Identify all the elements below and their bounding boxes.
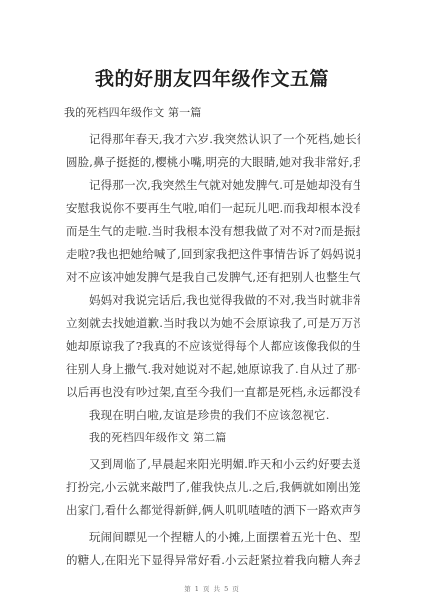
paragraph-line: 她却原谅我了?我真的不应该觉得每个人都应该像我似的生气了还要 <box>66 339 360 353</box>
paragraph-line: 玩闹间瞟见一个捏糖人的小摊,上面摆着五光十色、型态各异 <box>89 530 360 544</box>
section-heading-1: 我的死档四年级作文 第一篇 <box>64 106 358 120</box>
paragraph-line: 记得那一次,我突然生气就对她发脾气.可是她却没有生气,而是 <box>89 178 360 192</box>
paragraph-line: 的糖人,在阳光下显得异常好看.小云赶紧拉着我向糖人奔去,到了跟 <box>66 553 360 567</box>
paragraph-line: 打扮完,小云就来敲門了,催我快点儿.之后,我俩就如刚出笼的小鸟,飞 <box>66 480 360 494</box>
paragraph-line: 记得那年春天,我才六岁.我突然认识了一个死档,她长得很好看 <box>89 132 360 146</box>
paragraph-line: 妈妈对我说完话后,我也觉得我做的不对,我当时就非常后悔.我 <box>89 293 360 307</box>
paragraph-line: 又到周临了,早晨起来阳光明媚.昨天和小云约好要去逛街,刚 <box>89 457 360 471</box>
paragraph-line: 立刻就去找她道歉.当时我以为她不会原谅我了,可是万万没想到的是 <box>66 316 360 330</box>
paragraph-line: 圆脸,鼻子挺挺的,樱桃小嘴,明亮的大眼睛,她对我非常好,我很喜欢她. <box>66 155 360 169</box>
paragraph-line: 出家门,看什么都觉得新鲜,俩人叽叽喳喳的洒下一路欢声笑语. <box>66 503 360 517</box>
paragraph-line: 对不应该冲她发脾气是我自己发脾气,还有把别人也整生气了. <box>66 270 360 284</box>
paragraph-line: 而是生气的走啦.当时我根本没有想我做了对不对?而是振振有词的 <box>66 224 360 238</box>
page-number-footer: 第 1 页 共 5 页 <box>0 584 424 593</box>
paragraph-line: 安慰我说你不要再生气啦,咱们一起玩儿吧.而我却根本没有理会她, <box>66 201 360 215</box>
section-heading-2: 我的死档四年级作文 第二篇 <box>89 431 383 445</box>
paragraph-line: 我现在明白啦,友谊是珍贵的我们不应该忽视它. <box>89 408 360 422</box>
paragraph-line: 以后再也没有吵过架,直至今我们一直都是死档,永远都没有吵过架. <box>66 385 360 399</box>
paragraph-line: 往别人身上撒气.我对她说对不起,她原谅我了.自从过了那一天,我们 <box>66 362 360 376</box>
paragraph-line: 走啦?我也把她给喊了,回到家我把这件事情告诉了妈妈说我做的不 <box>66 247 360 261</box>
document-title: 我的好朋友四年级作文五篇 <box>0 64 424 91</box>
